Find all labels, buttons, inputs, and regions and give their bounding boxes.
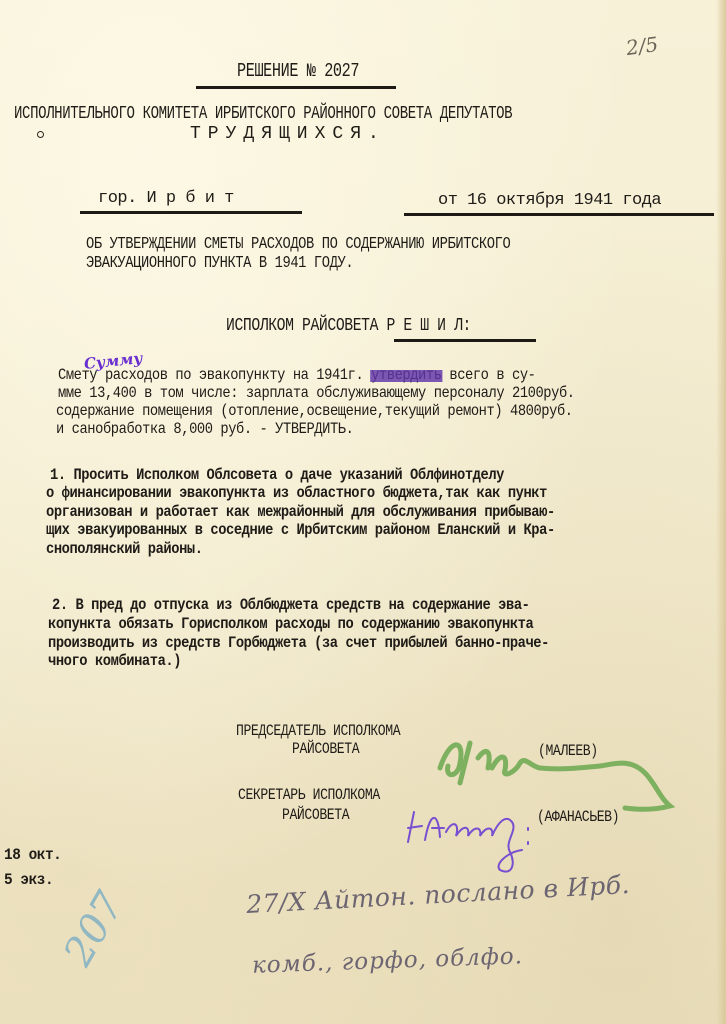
issuer-line-2: ТРУДЯЩИХСЯ. <box>190 124 386 144</box>
issuer-line-1: ИСПОЛНИТЕЛЬНОГО КОМИТЕТА ИРБИТСКОГО РАЙО… <box>14 104 512 124</box>
subject-line-2: ЭВАКУАЦИОННОГО ПУНКТА В 1941 ГОДУ. <box>86 254 353 273</box>
item-1-line: снополянский районы. <box>46 540 203 558</box>
preamble-line-1: Смету расходов по эвакопункту на 1941г. … <box>58 366 535 384</box>
hole-mark <box>37 131 44 138</box>
secretary-title-1: СЕКРЕТАРЬ ИСПОЛКОМА <box>238 786 380 804</box>
item-1-line: щих эвакуированных в соседние с Ирбитски… <box>46 521 555 539</box>
document-title: РЕШЕНИЕ № 2027 <box>237 60 359 82</box>
struck-word: утвердить <box>371 366 441 384</box>
secretary-title-2: РАЙСОВЕТА <box>282 806 349 824</box>
resolved-heading: ИСПОЛКОМ РАЙСОВЕТА Р Е Ш И Л: <box>226 316 471 336</box>
copies-count: 5 экз. <box>4 871 53 889</box>
archive-mark: 2/5 <box>624 32 659 60</box>
item-2-line: 2. В пред до отпуска из Облбюджета средс… <box>52 596 529 614</box>
preamble-line-2: мме 13,400 в том числе: зарплата обслужи… <box>58 384 575 402</box>
paper-edge <box>716 0 726 1024</box>
place-underline <box>80 211 302 214</box>
date-underline <box>404 213 714 216</box>
title-underline <box>196 86 396 89</box>
chairman-title-2: РАЙСОВЕТА <box>292 740 359 758</box>
date: от 16 октября 1941 года <box>438 191 661 210</box>
subject-line-1: ОБ УТВЕРЖДЕНИИ СМЕТЫ РАСХОДОВ ПО СОДЕРЖА… <box>86 235 510 254</box>
item-1-line: 1. Просить Исполком Облсовета о даче ука… <box>50 466 504 484</box>
preamble-line-3: содержание помещения (отопление,освещени… <box>56 402 573 420</box>
resolved-prefix: ИСПОЛКОМ РАЙСОВЕТА <box>226 316 387 336</box>
preamble-line-4: и санобработка 8,000 руб. - УТВЕРДИТЬ. <box>56 420 353 438</box>
item-2-line: производить из средств Горбюджета (за сч… <box>48 634 549 652</box>
resolved-underline <box>394 339 536 342</box>
item-1-line: о финансировании эвакопункта из областно… <box>46 484 547 502</box>
item-2-line: копункта обязать Горисполком расходы по … <box>48 615 533 633</box>
resolved-word: Р Е Ш И Л: <box>387 316 471 336</box>
preamble-text-a: Смету расходов по эвакопункту на 1941г. <box>58 366 371 384</box>
item-1-line: организован и работает как межрайонный д… <box>46 503 555 521</box>
chairman-title-1: ПРЕДСЕДАТЕЛЬ ИСПОЛКОМА <box>236 722 400 740</box>
secretary-signature <box>400 792 550 882</box>
date-stamp: 18 окт. <box>4 846 61 864</box>
item-2-line: чного комбината.) <box>48 652 181 670</box>
place: гор. И р б и т <box>98 189 234 208</box>
preamble-text-b: всего в су- <box>442 366 536 384</box>
